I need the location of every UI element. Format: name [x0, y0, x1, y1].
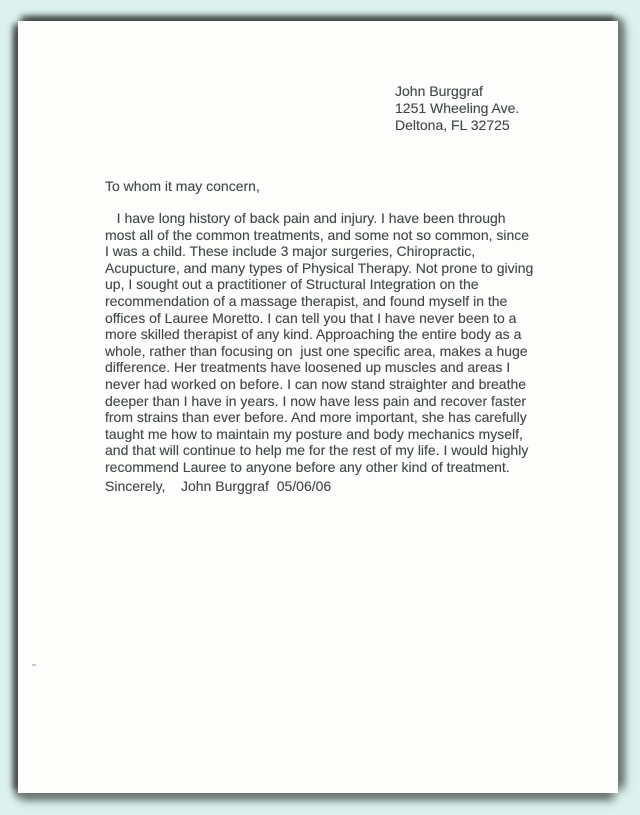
salutation: To whom it may concern, [105, 178, 260, 195]
sender-street: 1251 Wheeling Ave. [395, 100, 519, 116]
scan-speck [32, 664, 36, 666]
signature-line: Sincerely, John Burggraf 05/06/06 [105, 478, 331, 495]
scan-background: John Burggraf1251 Wheeling Ave.Deltona, … [0, 0, 640, 815]
letter-body: I have long history of back pain and inj… [105, 210, 601, 476]
letter-page: John Burggraf1251 Wheeling Ave.Deltona, … [18, 21, 618, 793]
sender-city-line: Deltona, FL 32725 [395, 117, 510, 133]
sender-name: John Burggraf [395, 83, 483, 99]
sender-address-block: John Burggraf1251 Wheeling Ave.Deltona, … [395, 83, 519, 134]
